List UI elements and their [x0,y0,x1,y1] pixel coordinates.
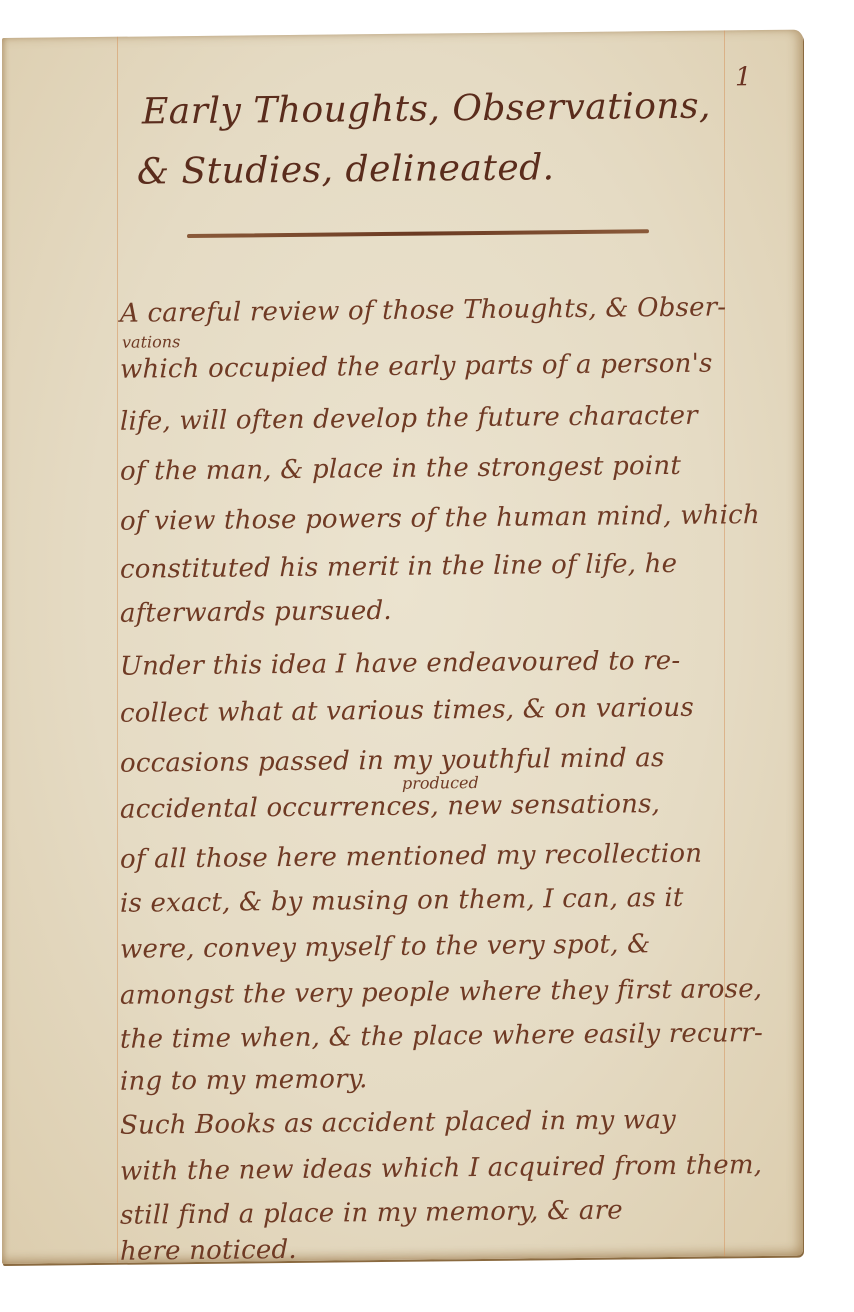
body-line: with the new ideas which I acquired from… [120,1150,762,1187]
right-margin-rule [724,30,725,1256]
body-line: ing to my memory. [120,1064,368,1097]
body-line: of the man, & place in the strongest poi… [120,451,681,487]
title-line-1: Early Thoughts, Observations, [142,86,711,133]
body-line: occasions passed in my youthful mind as [120,743,665,779]
body-line: collect what at various times, & on vari… [120,693,694,729]
body-line: Under this idea I have endeavoured to re… [120,646,680,682]
body-line: constituted his merit in the line of lif… [120,549,677,585]
body-line: A careful review of those Thoughts, & Ob… [120,292,726,328]
body-line: is exact, & by musing on them, I can, as… [120,883,684,919]
title-underline-rule [187,229,649,238]
left-margin-rule [117,37,118,1263]
interlinear-insertion: vations [122,332,180,352]
manuscript-page: 1 Early Thoughts, Observations, & Studie… [2,30,803,1264]
body-line: the time when, & the place where easily … [120,1018,763,1055]
title-line-2: & Studies, delineated. [137,147,555,192]
body-line: still find a place in my memory, & are [120,1195,623,1230]
body-line: which occupied the early parts of a pers… [120,349,713,385]
page-number: 1 [735,62,752,92]
interlinear-insertion: produced [402,773,479,793]
body-line: of view those powers of the human mind, … [120,500,760,537]
body-line: of all those here mentioned my recollect… [120,839,702,875]
body-line: amongst the very people where they first… [120,974,762,1011]
body-line: life, will often develop the future char… [120,401,698,437]
body-line: Such Books as accident placed in my way [120,1105,676,1141]
body-line: here noticed. [120,1235,297,1267]
body-line: afterwards pursued. [120,596,392,629]
body-line: accidental occurrences, new sensations, [120,789,660,825]
body-line: were, convey myself to the very spot, & [120,929,650,965]
